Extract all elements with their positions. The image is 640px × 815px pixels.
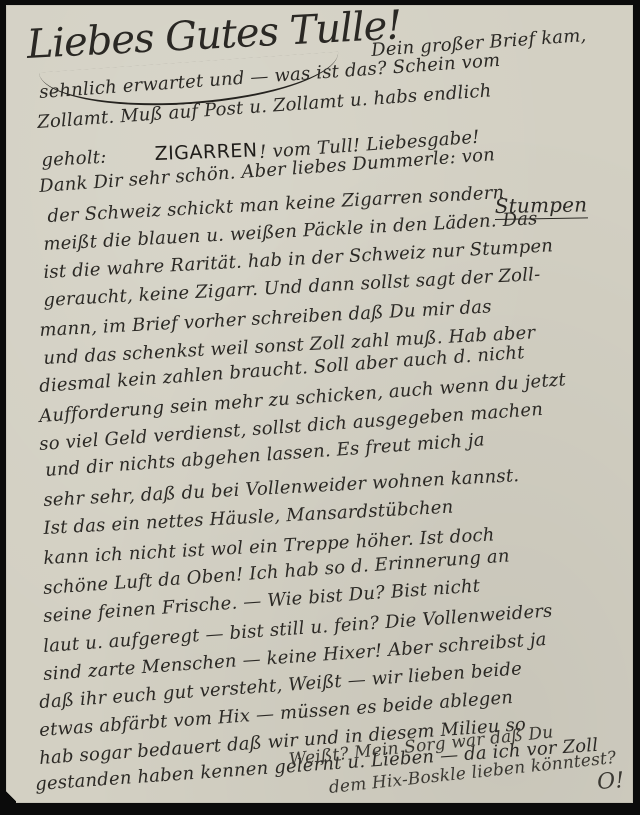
torn-corner — [6, 790, 16, 803]
scanned-letter: Liebes Gutes Tulle! Dein großer Brief ka… — [0, 0, 640, 815]
signature: O! — [596, 768, 625, 795]
letter-line-3: geholt: — [41, 147, 107, 171]
perforated-edge — [0, 5, 8, 803]
